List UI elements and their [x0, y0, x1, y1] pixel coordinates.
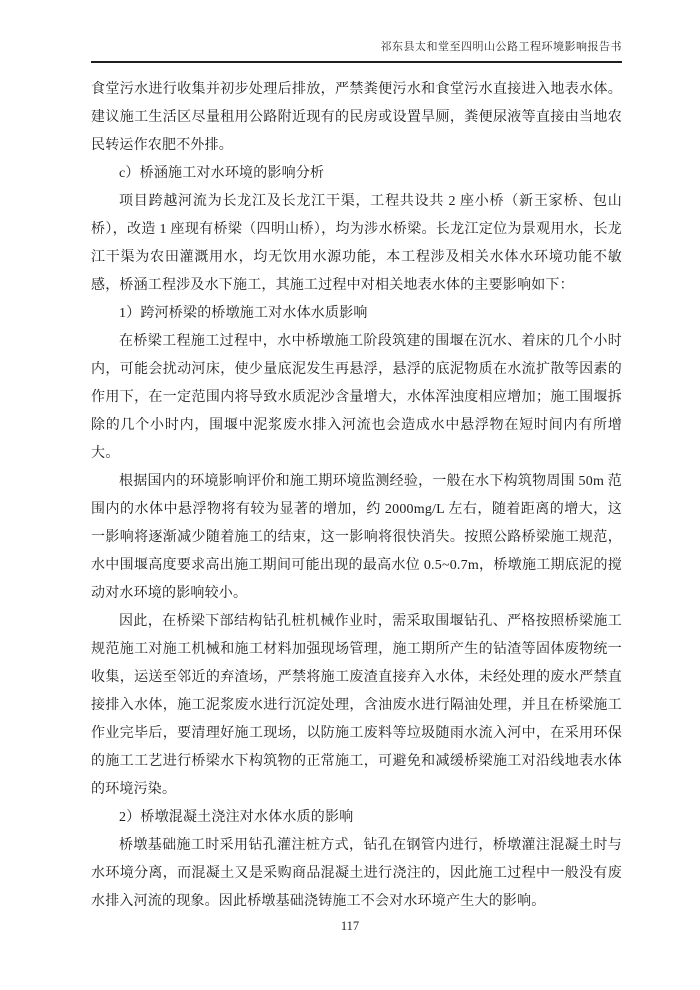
paragraph-river-crossings-overview: 项目跨越河流为长龙江及长龙江干渠，工程共设共 2 座小桥（新王家桥、包山桥），改… — [91, 188, 622, 300]
page-number: 117 — [341, 919, 359, 933]
page-footer: 117 — [0, 912, 700, 940]
heading-concrete-pouring-impact: 2）桥墩混凝土浇注对水体水质的影响 — [91, 804, 622, 832]
page-header: 祁东县太和堂至四明山公路工程环境影响报告书 — [91, 40, 622, 63]
paragraph-pile-foundation-pouring: 桥墩基础施工时采用钻孔灌注桩方式，钻孔在钢管内进行，桥墩灌注混凝土时与水环境分离… — [91, 832, 622, 916]
paragraph-canteen-wastewater: 食堂污水进行收集并初步处理后排放，严禁粪便污水和食堂污水直接进入地表水体。建议施… — [91, 76, 622, 160]
document-page: 祁东县太和堂至四明山公路工程环境影响报告书 食堂污水进行收集并初步处理后排放，严… — [0, 0, 700, 990]
heading-pier-construction-impact: 1）跨河桥梁的桥墩施工对水体水质影响 — [91, 300, 622, 328]
paragraph-suspended-solids-monitoring: 根据国内的环境影响评价和施工期环境监测经验，一般在水下构筑物周围 50m 范围内… — [91, 468, 622, 608]
running-header-title: 祁东县太和堂至四明山公路工程环境影响报告书 — [381, 41, 623, 53]
heading-bridge-culvert-analysis: c）桥涵施工对水环境的影响分析 — [91, 160, 622, 188]
document-body: 食堂污水进行收集并初步处理后排放，严禁粪便污水和食堂污水直接进入地表水体。建议施… — [91, 76, 622, 916]
paragraph-drilling-mitigation-measures: 因此，在桥梁下部结构钻孔桩机械作业时，需采取围堰钻孔、严格按照桥梁施工规范施工对… — [91, 608, 622, 804]
paragraph-cofferdam-sediment: 在桥梁工程施工过程中，水中桥墩施工阶段筑建的围堰在沉水、着床的几个小时内，可能会… — [91, 328, 622, 468]
